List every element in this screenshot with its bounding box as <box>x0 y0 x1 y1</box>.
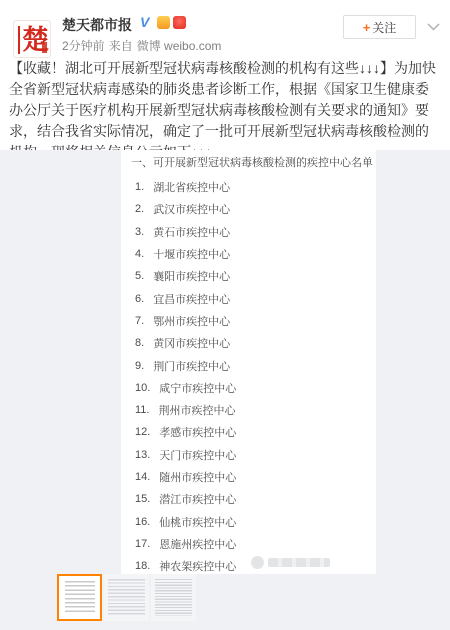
list-item-number: 6. <box>135 293 144 305</box>
list-item-name: 仙桃市疾控中心 <box>159 514 236 530</box>
list-item-number: 15. <box>135 493 150 505</box>
list-item: 13.天门市疾控中心 <box>121 444 376 466</box>
list-item-name: 十堰市疾控中心 <box>153 246 230 262</box>
list-item-number: 4. <box>135 248 144 260</box>
list-item-number: 12. <box>135 426 150 438</box>
list-item-name: 恩施州疾控中心 <box>159 536 236 552</box>
watermark-text-blur <box>268 558 330 567</box>
list-item-number: 10. <box>135 382 150 394</box>
list-item-name: 随州市疾控中心 <box>159 469 236 485</box>
list-item-name: 襄阳市疾控中心 <box>153 268 230 284</box>
list-item-name: 荆门市疾控中心 <box>153 358 230 374</box>
list-item-number: 17. <box>135 538 150 550</box>
list-item-name: 黄石市疾控中心 <box>153 224 230 240</box>
list-item: 8.黄冈市疾控中心 <box>121 332 376 354</box>
thumbnail-preview-lines <box>155 579 192 616</box>
post-text: 【收藏！湖北可开展新型冠状病毒核酸检测的机构有这些↓↓↓】为加快全省新型冠状病毒… <box>0 56 450 163</box>
plus-icon: + <box>363 20 371 35</box>
watermark-logo-icon <box>251 556 264 569</box>
list-item-name: 湖北省疾控中心 <box>153 179 230 195</box>
verified-v-icon: V <box>140 14 149 30</box>
list-item: 5.襄阳市疾控中心 <box>121 265 376 287</box>
list-item-name: 潜江市疾控中心 <box>159 491 236 507</box>
list-item: 15.潜江市疾控中心 <box>121 488 376 510</box>
post-meta: 2分钟前来自微博 weibo.com <box>62 37 225 54</box>
list-item: 12.孝感市疾控中心 <box>121 421 376 443</box>
list-item-number: 1. <box>135 181 144 193</box>
image-list: 1.湖北省疾控中心2.武汉市疾控中心3.黄石市疾控中心4.十堰市疾控中心5.襄阳… <box>121 176 376 577</box>
list-item-name: 荆州市疾控中心 <box>158 402 235 418</box>
thumbnail-selected[interactable] <box>57 574 102 621</box>
thumbnail-preview-lines <box>65 581 95 614</box>
list-item: 14.随州市疾控中心 <box>121 466 376 488</box>
list-item: 1.湖北省疾控中心 <box>121 176 376 198</box>
list-item: 4.十堰市疾控中心 <box>121 243 376 265</box>
post-header: 楚 楚天都市报 V 2分钟前来自微博 weibo.com + 关注 <box>0 0 450 56</box>
attached-long-image[interactable]: 一、可开展新型冠状病毒核酸检测的疾控中心名单 1.湖北省疾控中心2.武汉市疾控中… <box>121 150 376 574</box>
image-stage: 一、可开展新型冠状病毒核酸检测的疾控中心名单 1.湖北省疾控中心2.武汉市疾控中… <box>0 150 450 630</box>
list-item: 10.咸宁市疾控中心 <box>121 377 376 399</box>
list-item-name: 鄂州市疾控中心 <box>153 313 230 329</box>
list-item-name: 神农架疾控中心 <box>159 558 236 574</box>
thumbnail-preview-lines <box>108 579 145 616</box>
list-item: 9.荆门市疾控中心 <box>121 354 376 376</box>
follow-button[interactable]: + 关注 <box>343 15 416 39</box>
list-item-number: 5. <box>135 270 144 282</box>
list-item: 6.宜昌市疾控中心 <box>121 287 376 309</box>
avatar-logo-seal <box>42 42 47 53</box>
follow-button-label: 关注 <box>372 19 396 36</box>
list-item-number: 13. <box>135 449 150 461</box>
list-item-number: 3. <box>135 226 144 238</box>
medal-badge-icon <box>157 16 170 29</box>
list-item-name: 咸宁市疾控中心 <box>159 380 236 396</box>
list-item-number: 2. <box>135 203 144 215</box>
list-item-number: 8. <box>135 337 144 349</box>
image-list-heading: 一、可开展新型冠状病毒核酸检测的疾控中心名单 <box>131 156 376 170</box>
via-label: 来自 <box>109 39 133 53</box>
watermark <box>251 556 331 570</box>
list-item-name: 孝感市疾控中心 <box>159 424 236 440</box>
list-item-number: 18. <box>135 560 150 572</box>
avatar[interactable]: 楚 <box>13 20 51 58</box>
list-item-name: 武汉市疾控中心 <box>153 201 230 217</box>
thumbnail-2[interactable] <box>104 574 149 621</box>
list-item-number: 16. <box>135 516 150 528</box>
list-item-number: 9. <box>135 360 144 372</box>
list-item-number: 11. <box>135 404 149 416</box>
list-item: 3.黄石市疾控中心 <box>121 221 376 243</box>
list-item: 17.恩施州疾控中心 <box>121 533 376 555</box>
post-source[interactable]: 微博 weibo.com <box>137 39 222 53</box>
thumbnail-3[interactable] <box>151 574 196 621</box>
heart-badge-icon <box>173 16 186 29</box>
username[interactable]: 楚天都市报 <box>62 15 132 35</box>
post-time: 2分钟前 <box>62 39 105 53</box>
chevron-down-icon[interactable] <box>427 18 440 36</box>
thumbnail-strip <box>57 574 198 621</box>
list-item-name: 天门市疾控中心 <box>159 447 236 463</box>
list-item: 7.鄂州市疾控中心 <box>121 310 376 332</box>
list-item-name: 宜昌市疾控中心 <box>153 291 230 307</box>
avatar-logo-bar <box>18 26 20 54</box>
list-item-number: 14. <box>135 471 150 483</box>
list-item-number: 7. <box>135 315 144 327</box>
list-item: 11.荆州市疾控中心 <box>121 399 376 421</box>
list-item: 16.仙桃市疾控中心 <box>121 510 376 532</box>
list-item-name: 黄冈市疾控中心 <box>153 335 230 351</box>
list-item: 2.武汉市疾控中心 <box>121 198 376 220</box>
